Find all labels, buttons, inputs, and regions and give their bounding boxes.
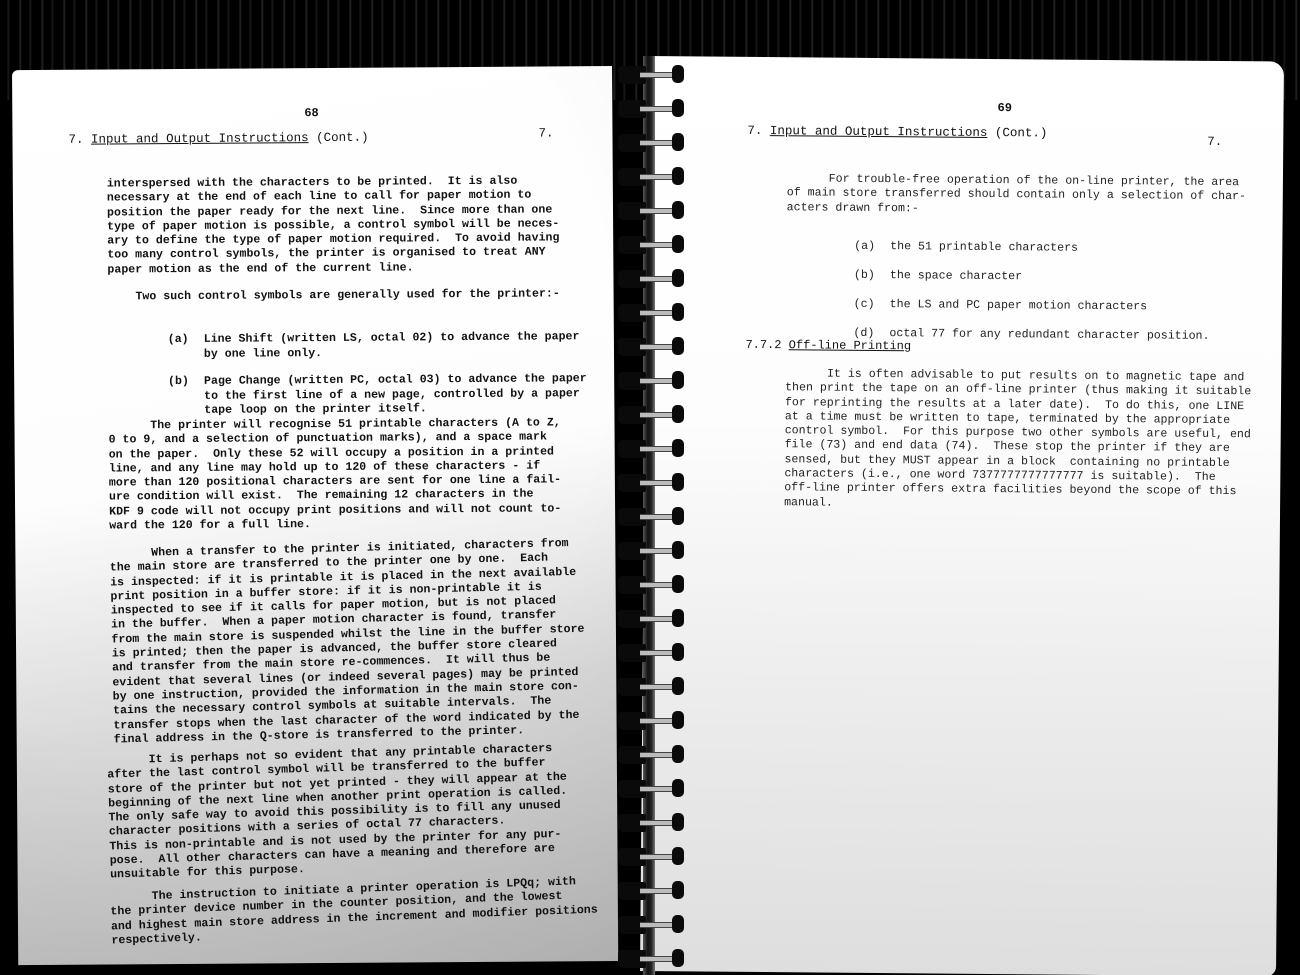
section-marker: 7.: [538, 126, 553, 140]
section-prefix: 7.: [68, 133, 83, 147]
spiral-ring: [600, 812, 710, 834]
spiral-ring: [600, 166, 710, 188]
spiral-ring: [600, 404, 710, 426]
list-text: the space character: [890, 269, 1022, 283]
spiral-ring: [600, 846, 710, 868]
subsection-title: Off-line Printing: [789, 338, 912, 353]
section-prefix: 7.: [747, 124, 762, 138]
paragraph: The printer will recognise 51 printable …: [108, 416, 561, 534]
section-title: Input and Output Instructions: [91, 131, 309, 147]
spiral-ring: [600, 438, 710, 460]
paragraph: It is often advisable to put results on …: [784, 367, 1251, 514]
spiral-ring: [600, 778, 710, 800]
spiral-binding: [600, 64, 710, 969]
list-label: (a): [854, 240, 890, 255]
spiral-ring: [600, 642, 710, 664]
page-number: 69: [997, 101, 1012, 115]
paragraph: When a transfer to the printer is initia…: [109, 537, 587, 748]
spiral-ring: [600, 574, 710, 596]
spiral-ring: [600, 472, 710, 494]
spiral-ring: [600, 710, 710, 732]
spiral-ring: [600, 744, 710, 766]
list-label: (c): [854, 298, 890, 313]
spiral-ring: [600, 336, 710, 358]
list-label: (b): [854, 269, 890, 284]
list-text: octal 77 for any redundant character pos…: [889, 327, 1209, 343]
spiral-ring: [600, 608, 710, 630]
list-text: the LS and PC paper motion characters: [890, 298, 1148, 313]
paragraph: interspersed with the characters to be p…: [107, 174, 560, 277]
list-label: (a): [168, 333, 204, 348]
subsection-number: 7.7.2: [745, 338, 781, 352]
subsection-heading: 7.7.2 Off-line Printing: [745, 338, 911, 353]
section-marker: 7.: [1207, 135, 1222, 149]
spiral-ring: [600, 64, 710, 86]
paragraph: The instruction to initiate a printer op…: [110, 875, 599, 949]
spiral-ring: [600, 370, 710, 392]
section-title: Input and Output Instructions: [770, 124, 988, 140]
spiral-ring: [600, 506, 710, 528]
list-text: the 51 printable characters: [890, 240, 1078, 255]
paragraph: For trouble-free operation of the on-lin…: [787, 172, 1247, 219]
spiral-ring: [600, 234, 710, 256]
section-suffix: (Cont.): [995, 126, 1048, 140]
list-text: Line Shift (written LS, octal 02) to adv…: [204, 331, 580, 362]
spiral-ring: [600, 676, 710, 698]
list-text: Page Change (written PC, octal 03) to ad…: [204, 372, 587, 418]
spiral-ring: [600, 200, 710, 222]
spiral-ring: [600, 132, 710, 154]
spiral-ring: [600, 948, 710, 970]
paragraph: It is perhaps not so evident that any pr…: [107, 742, 570, 883]
spiral-ring: [600, 268, 710, 290]
page-number: 68: [304, 106, 319, 120]
spiral-ring: [600, 98, 710, 120]
spiral-ring: [600, 540, 710, 562]
paragraph: Two such control symbols are generally u…: [108, 287, 560, 304]
spiral-ring: [600, 880, 710, 902]
right-page: 69 7. Input and Output Instructions (Con…: [640, 56, 1284, 975]
spiral-ring: [600, 914, 710, 936]
section-heading: 7. Input and Output Instructions (Cont.): [68, 131, 368, 147]
section-heading: 7. Input and Output Instructions (Cont.): [747, 124, 1047, 141]
section-suffix: (Cont.): [316, 131, 369, 145]
left-page: 68 7. Input and Output Instructions (Con…: [12, 66, 618, 965]
spiral-ring: [600, 302, 710, 324]
list-label: (b): [168, 375, 204, 390]
